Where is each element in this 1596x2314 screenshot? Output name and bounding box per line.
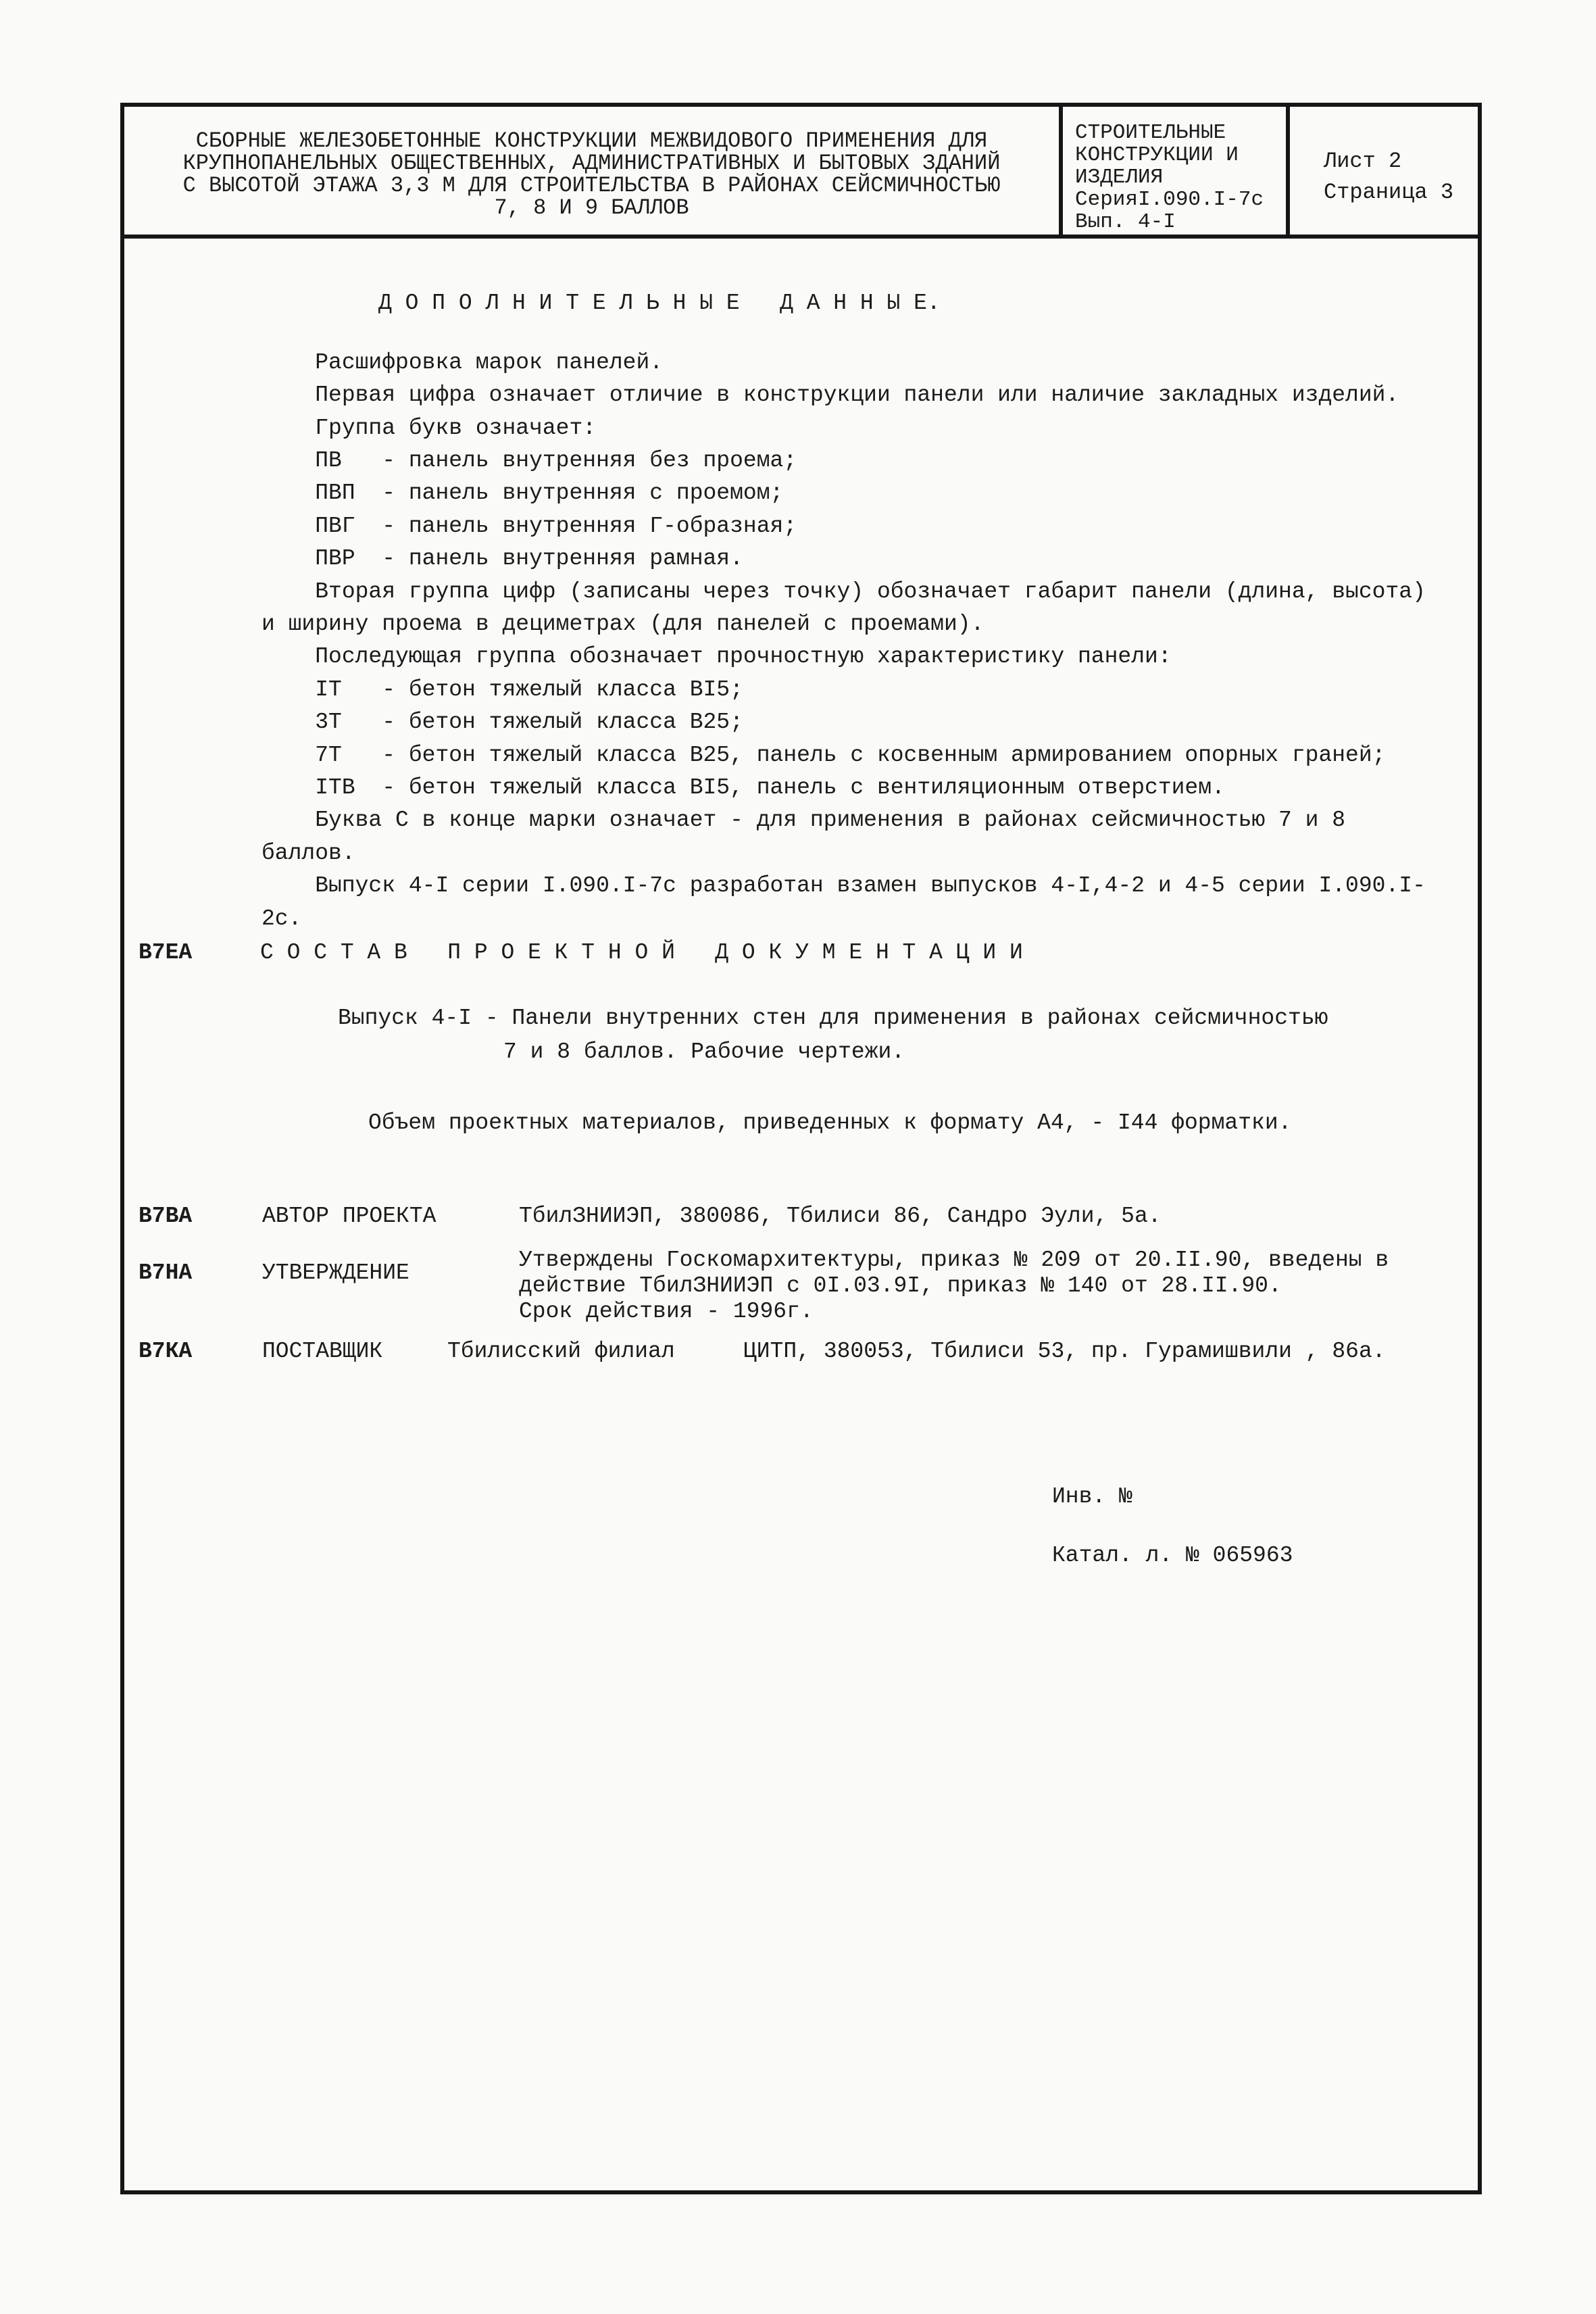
header-title-line: КРУПНОПАНЕЛЬНЫХ ОБЩЕСТВЕННЫХ, АДМИНИСТРА… [124,152,1059,174]
para-second-group: Вторая группа цифр (записаны через точку… [261,578,1426,606]
header-divider-1 [1059,107,1063,235]
section-code-b7ka: В7КА [139,1338,192,1365]
header-series-line: КОНСТРУКЦИИ И [1075,144,1264,166]
section-code-b7ea: В7ЕА [139,939,192,966]
section-heading-additional-data: Д О П О Л Н И Т Е Л Ь Н Ы Е Д А Н Н Ы Е. [378,290,941,317]
header-bottom-rule [124,235,1478,239]
para-marks-decoding: Расшифровка марок панелей. [261,349,663,376]
list-item-pv: ПВ - панель внутренняя без проема; [261,447,797,474]
label-author: АВТОР ПРОЕКТА [262,1203,436,1230]
header-sheet-line: Лист 2 [1324,146,1453,177]
para-issue-content-cont: 7 и 8 баллов. Рабочие чертежи. [503,1039,905,1066]
para-first-digit: Первая цифра означает отличие в конструк… [261,382,1399,409]
section-code-b7na: В7НА [139,1260,192,1287]
value-supplier-address: ЦИТП, 380053, Тбилиси 53, пр. Гурамишвил… [743,1338,1386,1365]
list-item-3t: 3Т - бетон тяжелый класса В25; [261,709,743,736]
header-series-cell: СТРОИТЕЛЬНЫЕКОНСТРУКЦИИ ИИЗДЕЛИЯСерияI.0… [1075,122,1264,233]
para-letter-c: Буква С в конце марки означает - для при… [261,807,1345,834]
header-series-line: СТРОИТЕЛЬНЫЕ [1075,122,1264,144]
header-sheet-line: Страница 3 [1324,177,1453,208]
section-heading-project-docs: С О С Т А В П Р О Е К Т Н О Й Д О К У М … [260,939,1023,966]
para-second-group-cont: и ширину проема в дециметрах (для панеле… [261,611,984,638]
header-series-line: Вып. 4-I [1075,211,1264,233]
header-title: СБОРНЫЕ ЖЕЛЕЗОБЕТОННЫЕ КОНСТРУКЦИИ МЕЖВИ… [124,130,1059,219]
para-issue-replaces: Выпуск 4-I серии I.090.I-7с разработан в… [261,872,1426,900]
header-title-line: С ВЫСОТОЙ ЭТАЖА 3,3 М ДЛЯ СТРОИТЕЛЬСТВА … [124,174,1059,197]
para-letter-c-cont: баллов. [261,840,355,867]
value-supplier-branch: Тбилисский филиал [447,1338,675,1365]
catalog-number: Катал. л. № 065963 [1052,1542,1293,1569]
value-approval-line2: действие ТбилЗНИИЭП с 0I.03.9I, приказ №… [519,1273,1282,1300]
para-volume: Объем проектных материалов, приведенных … [368,1110,1291,1137]
list-item-1t: IТ - бетон тяжелый класса ВI5; [261,676,743,704]
para-strength-group: Последующая группа обозначает прочностну… [261,643,1172,670]
header-series-line: ИЗДЕЛИЯ [1075,166,1264,189]
header-divider-2 [1286,107,1290,235]
list-item-7t: 7Т - бетон тяжелый класса В25, панель с … [261,742,1385,769]
scanned-document-page: СБОРНЫЕ ЖЕЛЕЗОБЕТОННЫЕ КОНСТРУКЦИИ МЕЖВИ… [0,0,1596,2314]
list-item-1tv: IТВ - бетон тяжелый класса ВI5, панель с… [261,774,1225,802]
value-approval-line1: Утверждены Госкомархитектуры, приказ № 2… [519,1247,1389,1274]
para-issue-content: Выпуск 4-I - Панели внутренних стен для … [338,1005,1328,1032]
label-supplier: ПОСТАВЩИК [262,1338,382,1365]
inventory-number: Инв. № [1052,1483,1132,1510]
header-series-line: СерияI.090.I-7с [1075,189,1264,211]
list-item-pvr: ПВР - панель внутренняя рамная. [261,545,743,572]
header-title-line: СБОРНЫЕ ЖЕЛЕЗОБЕТОННЫЕ КОНСТРУКЦИИ МЕЖВИ… [124,130,1059,152]
header-title-line: 7, 8 И 9 БАЛЛОВ [124,197,1059,219]
para-issue-replaces-cont: 2с. [261,906,301,933]
label-approval: УТВЕРЖДЕНИЕ [262,1260,409,1287]
section-code-b7va: В7ВА [139,1203,192,1230]
list-item-pvp: ПВП - панель внутренняя с проемом; [261,480,783,507]
para-letter-group: Группа букв означает: [261,415,596,442]
list-item-pvg: ПВГ - панель внутренняя Г-образная; [261,513,797,540]
value-approval-line3: Срок действия - 1996г. [519,1298,814,1325]
value-author: ТбилЗНИИЭП, 380086, Тбилиси 86, Сандро Э… [519,1203,1162,1230]
header-sheet-cell: Лист 2Страница 3 [1324,146,1453,208]
